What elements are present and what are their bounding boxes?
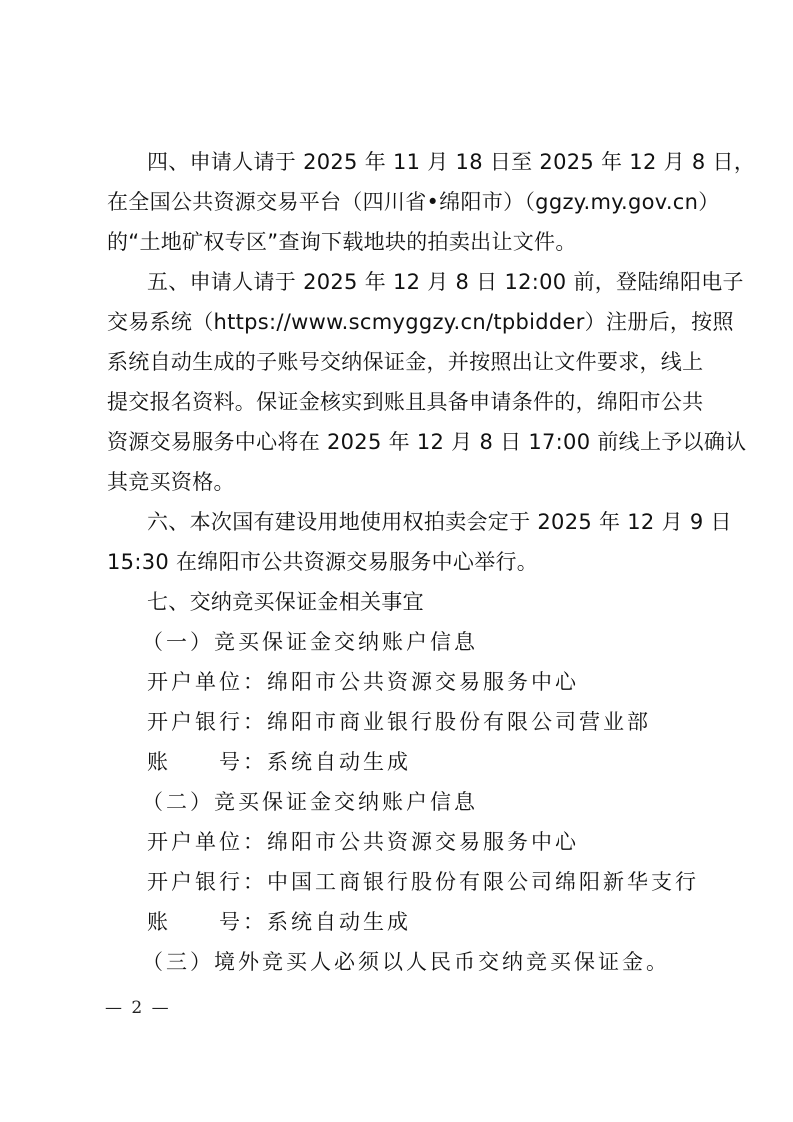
account-2-unit-value: 绵阳市公共资源交易服务中心: [267, 830, 579, 854]
item-5-line-1: 五、申请人请于 2025 年 12 月 8 日 12:00 前，登陆绵阳电子: [147, 268, 744, 296]
account-2-bank-label: 开户银行：: [147, 870, 267, 894]
account-1-bank-value: 绵阳市商业银行股份有限公司营业部: [267, 710, 651, 734]
account-2-unit: 开户单位：绵阳市公共资源交易服务中心: [147, 828, 579, 856]
account-1-unit-label: 开户单位：: [147, 670, 267, 694]
item-4-line-1: 四、申请人请于 2025 年 11 月 18 日至 2025 年 12 月 8 …: [147, 148, 755, 176]
item-5-line-5: 资源交易服务中心将在 2025 年 12 月 8 日 17:00 前线上予以确认: [107, 428, 746, 456]
document-page: 四、申请人请于 2025 年 11 月 18 日至 2025 年 12 月 8 …: [0, 0, 793, 1122]
account-2-heading: （二）竞买保证金交纳账户信息: [142, 788, 478, 816]
item-4-line-2: 在全国公共资源交易平台（四川省•绵阳市）（ggzy.my.gov.cn）: [107, 188, 720, 216]
account-2-number: 账 号：系统自动生成: [147, 908, 411, 936]
account-2-bank-value: 中国工商银行股份有限公司绵阳新华支行: [267, 870, 699, 894]
item-6-line-1: 六、本次国有建设用地使用权拍卖会定于 2025 年 12 月 9 日: [147, 508, 732, 536]
account-1-bank: 开户银行：绵阳市商业银行股份有限公司营业部: [147, 708, 651, 736]
account-2-number-value: 系统自动生成: [267, 910, 411, 934]
account-1-number: 账 号：系统自动生成: [147, 748, 411, 776]
account-1-bank-label: 开户银行：: [147, 710, 267, 734]
item-5-line-6: 其竞买资格。: [107, 468, 235, 496]
account-2-number-label: 账 号：: [147, 910, 267, 934]
account-1-unit-value: 绵阳市公共资源交易服务中心: [267, 670, 579, 694]
item-5-line-3: 系统自动生成的子账号交纳保证金，并按照出让文件要求，线上: [107, 348, 703, 376]
account-1-number-label: 账 号：: [147, 750, 267, 774]
account-1-unit: 开户单位：绵阳市公共资源交易服务中心: [147, 668, 579, 696]
account-2-bank: 开户银行：中国工商银行股份有限公司绵阳新华支行: [147, 868, 699, 896]
page-number: — 2 —: [105, 998, 171, 1018]
item-7-heading: 七、交纳竞买保证金相关事宜: [147, 588, 424, 616]
account-1-number-value: 系统自动生成: [267, 750, 411, 774]
note-3: （三）境外竞买人必须以人民币交纳竞买保证金。: [142, 948, 670, 976]
item-5-line-2: 交易系统（https://www.scmyggzy.cn/tpbidder）注册…: [107, 308, 734, 336]
item-6-line-2: 15:30 在绵阳市公共资源交易服务中心举行。: [107, 548, 538, 576]
item-4-line-3: 的“土地矿权专区”查询下载地块的拍卖出让文件。: [107, 228, 577, 256]
account-1-heading: （一）竞买保证金交纳账户信息: [142, 628, 478, 656]
account-2-unit-label: 开户单位：: [147, 830, 267, 854]
item-5-line-4: 提交报名资料。保证金核实到账且具备申请条件的，绵阳市公共: [107, 388, 703, 416]
